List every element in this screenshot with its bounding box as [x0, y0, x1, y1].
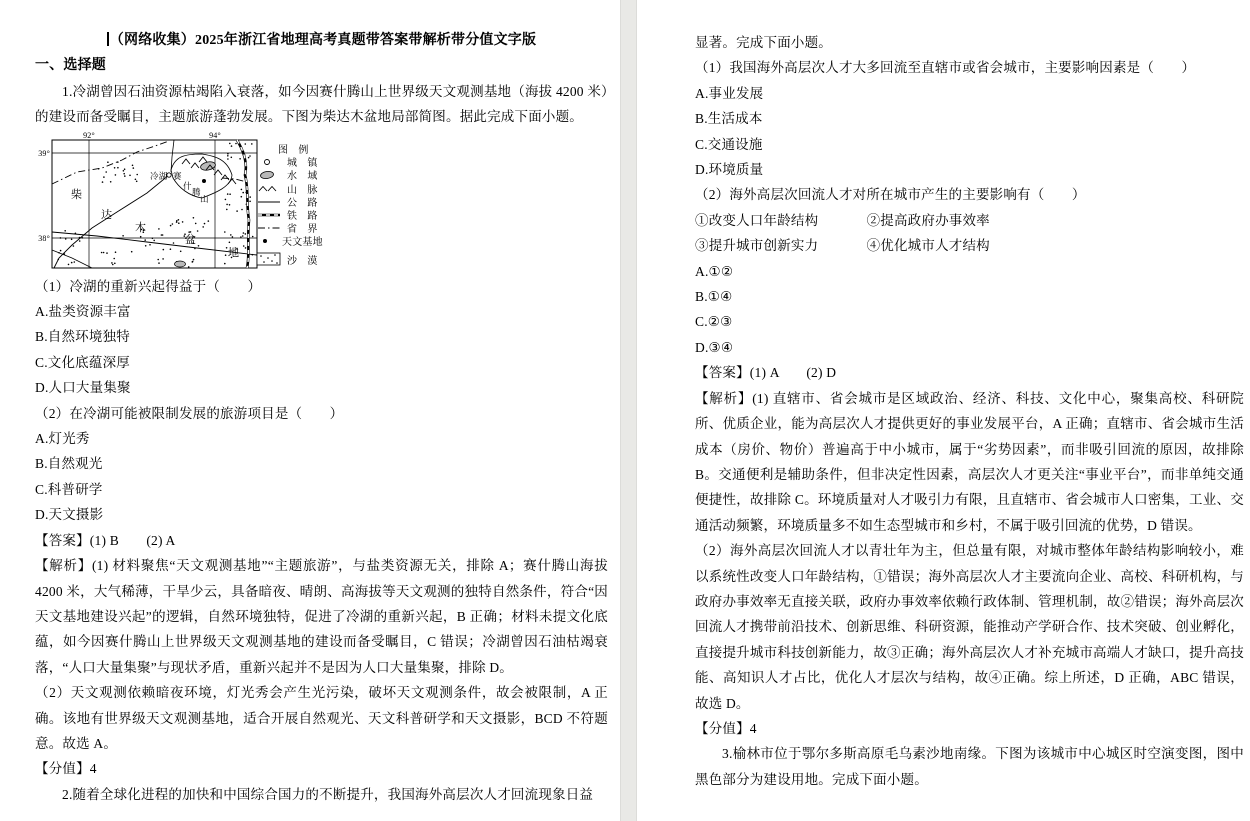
legend-label: 铁 路: [287, 209, 318, 222]
question-3-stem: 3.榆林市位于鄂尔多斯高原毛乌素沙地南缘。下图为该城市中心城区时空演变图，图中黑…: [695, 741, 1244, 792]
town-label: 冷湖: [150, 171, 168, 181]
legend-label: 公 路: [287, 196, 318, 209]
qaidam-basin-map: 92° 94° 39° 38°: [35, 130, 608, 274]
legend-label: 天文基地: [282, 235, 323, 248]
sub-question-1-stem: （1）冷湖的重新兴起得益于（ ）: [35, 274, 608, 299]
legend-label: 城 镇: [287, 156, 318, 169]
score-line: 【分值】4: [35, 756, 608, 781]
sub-question-1-stem: （1）我国海外高层次人才大多回流至直辖市或省会城市，主要影响因素是（ ）: [695, 55, 1244, 80]
question-2-stem-end: 显著。完成下面小题。: [695, 30, 1244, 55]
legend-mountain-icon: [259, 186, 276, 191]
option-d: D.③④: [695, 335, 1244, 360]
answer-line: 【答案】(1) A (2) D: [695, 360, 1244, 385]
option-c: C.交通设施: [695, 132, 1244, 157]
map-figure: 92° 94° 39° 38°: [35, 132, 365, 272]
numbered-items-row: ①改变人口年龄结构 ②提高政府办事效率: [695, 208, 1244, 233]
basin-label-char: 木: [135, 220, 146, 234]
option-c: C.科普研学: [35, 477, 608, 502]
observatory-dot: [202, 179, 206, 183]
option-c: C.②③: [695, 309, 1244, 334]
option-b: B.①④: [695, 284, 1244, 309]
legend-label: 沙 漠: [287, 254, 318, 267]
lat-tick-label: 39°: [38, 149, 50, 158]
analysis-paragraph-1: 【解析】(1) 直辖市、省会城市是区域政治、经济、科技、文化中心，聚集高校、科研…: [695, 386, 1244, 538]
text-caret: [107, 32, 109, 46]
mountain-symbols: [182, 157, 236, 184]
map-frame: [52, 140, 257, 268]
road-line: [171, 140, 174, 172]
numbered-item-1: ①改变人口年龄结构: [695, 208, 863, 233]
option-a: A.事业发展: [695, 81, 1244, 106]
town-circle: [167, 172, 171, 176]
document-viewer: { "document": { "page1": { "title": "（网络…: [0, 0, 1250, 821]
section-heading: 一、选择题: [35, 53, 608, 78]
option-a: A.①②: [695, 259, 1244, 284]
option-b: B.自然观光: [35, 451, 608, 476]
basin-label-char: 柴: [71, 187, 82, 201]
lat-tick-label: 38°: [38, 234, 50, 243]
question-1-stem: 1.冷湖曾因石油资源枯竭陷入衰落，如今因赛什腾山上世界级天文观测基地（海拔 42…: [35, 79, 608, 130]
water-area: [175, 261, 186, 267]
numbered-item-2: ②提高政府办事效率: [867, 213, 990, 228]
legend-label: 省 界: [287, 222, 318, 235]
document-title: （网络收集）2025年浙江省地理高考真题带答案带解析带分值文字版: [35, 28, 608, 53]
option-c: C.文化底蕴深厚: [35, 350, 608, 375]
option-d: D.环境质量: [695, 157, 1244, 182]
mountain-label-char: 山: [200, 194, 209, 204]
mountain-label-char: 赛: [173, 171, 182, 181]
analysis-paragraph-2: （2）天文观测依赖暗夜环境，灯光秀会产生光污染，破坏天文观测条件，故会被限制，A…: [35, 680, 608, 756]
option-a: A.灯光秀: [35, 426, 608, 451]
numbered-item-3: ③提升城市创新实力: [695, 233, 863, 258]
option-b: B.自然环境独特: [35, 324, 608, 349]
legend-water-icon: [260, 170, 274, 179]
lon-tick-label: 94°: [209, 132, 221, 140]
page-1: （网络收集）2025年浙江省地理高考真题带答案带解析带分值文字版 一、选择题 1…: [0, 0, 620, 821]
province-border-line: [222, 178, 247, 182]
option-b: B.生活成本: [695, 106, 1244, 131]
legend-observatory-icon: [263, 239, 267, 243]
mountain-label-char: 什: [183, 181, 192, 191]
sub-question-2-stem: （2）海外高层次回流人才对所在城市产生的主要影响有（ ）: [695, 182, 1244, 207]
answer-line: 【答案】(1) B (2) A: [35, 528, 608, 553]
page-2: 显著。完成下面小题。 （1）我国海外高层次人才大多回流至直辖市或省会城市，主要影…: [637, 0, 1250, 821]
option-d: D.人口大量集聚: [35, 375, 608, 400]
lon-tick-label: 92°: [83, 132, 95, 140]
legend-title: 图 例: [278, 143, 309, 156]
page-gutter: [620, 0, 637, 821]
numbered-item-4: ④优化城市人才结构: [867, 238, 990, 253]
legend-label: 水 域: [287, 169, 318, 182]
basin-label-char: 达: [101, 207, 112, 221]
analysis-paragraph-1: 【解析】(1) 材料聚焦“天文观测基地”“主题旅游”，与盐类资源无关，排除 A；…: [35, 553, 608, 680]
legend-label: 山 脉: [287, 183, 318, 196]
basin-label-char: 盆: [185, 233, 196, 246]
option-d: D.天文摄影: [35, 502, 608, 527]
desert-dots: [58, 142, 254, 267]
score-line: 【分值】4: [695, 716, 1244, 741]
sub-question-2-stem: （2）在冷湖可能被限制发展的旅游项目是（ ）: [35, 401, 608, 426]
legend-town-icon: [265, 159, 270, 164]
map-legend: 图 例 城 镇 水 域 山 脉 公 路 铁 路 省 界 天文基地: [257, 143, 323, 267]
basin-label-char: 地: [228, 245, 239, 259]
analysis-paragraph-2: （2）海外高层次回流人才以青壮年为主，但总量有限，对城市整体年龄结构影响较小，难…: [695, 538, 1244, 716]
numbered-items-row: ③提升城市创新实力 ④优化城市人才结构: [695, 233, 1244, 258]
option-a: A.盐类资源丰富: [35, 299, 608, 324]
question-2-stem-start: 2.随着全球化进程的加快和中国综合国力的不断提升，我国海外高层次人才回流现象日益: [35, 782, 608, 807]
